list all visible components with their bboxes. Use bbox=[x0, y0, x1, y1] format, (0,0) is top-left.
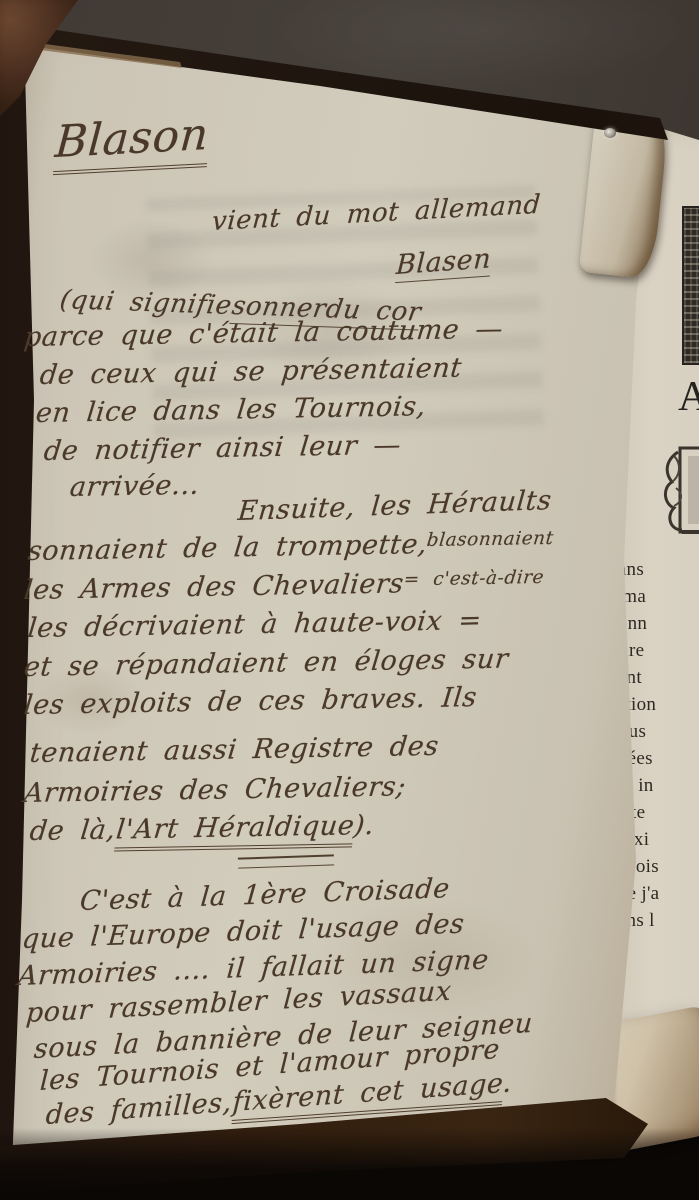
clasp-glint bbox=[604, 128, 616, 138]
handwritten-line-12: les Armes des Chevaliers = c'est-à-dire bbox=[24, 566, 545, 606]
double-rule-separator bbox=[238, 854, 334, 868]
handwritten-line-8: de notifier ainsi leur — bbox=[44, 430, 402, 467]
handwritten-text: de notifier ainsi leur — bbox=[42, 430, 402, 467]
photo-open-book: A dansjamadonntoirenantactionEcusphéesdr… bbox=[0, 0, 699, 1200]
foliage-ornament-icon bbox=[658, 442, 699, 538]
handwritten-text: et se répandaient en éloges sur bbox=[22, 644, 510, 684]
handwritten-text: les exploits de ces braves. Ils bbox=[22, 682, 478, 721]
handwritten-line-1: Blason bbox=[54, 110, 210, 175]
background-shadow bbox=[0, 1128, 699, 1200]
handwritten-line-2: vient du mot allemand bbox=[211, 191, 541, 238]
handwritten-line-15: les exploits de ces braves. Ils bbox=[24, 682, 478, 721]
woodcut-initial-ornament bbox=[658, 442, 699, 538]
handwritten-line-3: Blasen bbox=[395, 243, 492, 283]
handwritten-text: Blasen bbox=[395, 243, 492, 283]
handwritten-line-11: sonnaient de la trompette, blasonnaient bbox=[28, 527, 555, 567]
handwritten-line-10: Ensuite, les Héraults bbox=[237, 485, 552, 527]
handwriting-layer: Blasonvient du mot allemandBlasen(qui si… bbox=[0, 0, 648, 1200]
handwritten-text: sonnaient de la trompette, bbox=[26, 529, 429, 567]
handwritten-text: de là, bbox=[28, 814, 117, 847]
handwritten-text: tenaient aussi Registre des bbox=[28, 731, 440, 769]
handwritten-text: = c'est-à-dire bbox=[403, 567, 545, 591]
handwritten-text: Ensuite, les Héraults bbox=[237, 485, 553, 527]
handwritten-text: les Armes des Chevaliers bbox=[22, 568, 405, 606]
handwritten-text: de ceux qui se présentaient bbox=[38, 353, 463, 391]
handwritten-text: Armoiries des Chevaliers; bbox=[22, 771, 407, 809]
handwritten-text: Blason bbox=[53, 110, 210, 175]
handwritten-text: les décrivaient à haute-voix = bbox=[26, 605, 483, 644]
handwritten-text: parce que c'était la coutume — bbox=[22, 314, 504, 353]
handwritten-text: vient du mot allemand bbox=[211, 191, 542, 238]
handwritten-text: (qui signifie bbox=[58, 286, 234, 322]
handwritten-line-5: parce que c'était la coutume — bbox=[24, 314, 504, 353]
handwritten-text: arrivée... bbox=[68, 470, 201, 503]
chapter-initial-letter: A bbox=[678, 376, 699, 418]
handwritten-line-17: Armoiries des Chevaliers; bbox=[24, 771, 407, 809]
handwritten-line-13: les décrivaient à haute-voix = bbox=[28, 605, 482, 644]
handwritten-text: l'Art Héraldique bbox=[114, 810, 356, 851]
handwritten-text: en lice dans les Tournois, bbox=[34, 391, 427, 429]
handwritten-line-7: en lice dans les Tournois, bbox=[36, 391, 426, 429]
handwritten-text: blasonnaient bbox=[426, 528, 555, 551]
engraved-headpiece bbox=[684, 208, 699, 363]
handwritten-text: . bbox=[502, 1067, 513, 1099]
handwritten-line-14: et se répandaient en éloges sur bbox=[24, 644, 509, 683]
handwritten-text: ). bbox=[352, 810, 376, 841]
handwritten-line-9: arrivée... bbox=[70, 470, 200, 503]
handwritten-line-16: tenaient aussi Registre des bbox=[30, 731, 439, 769]
handwritten-line-6: de ceux qui se présentaient bbox=[40, 353, 462, 391]
handwritten-line-18: de là, l'Art Héraldique ). bbox=[30, 810, 375, 853]
